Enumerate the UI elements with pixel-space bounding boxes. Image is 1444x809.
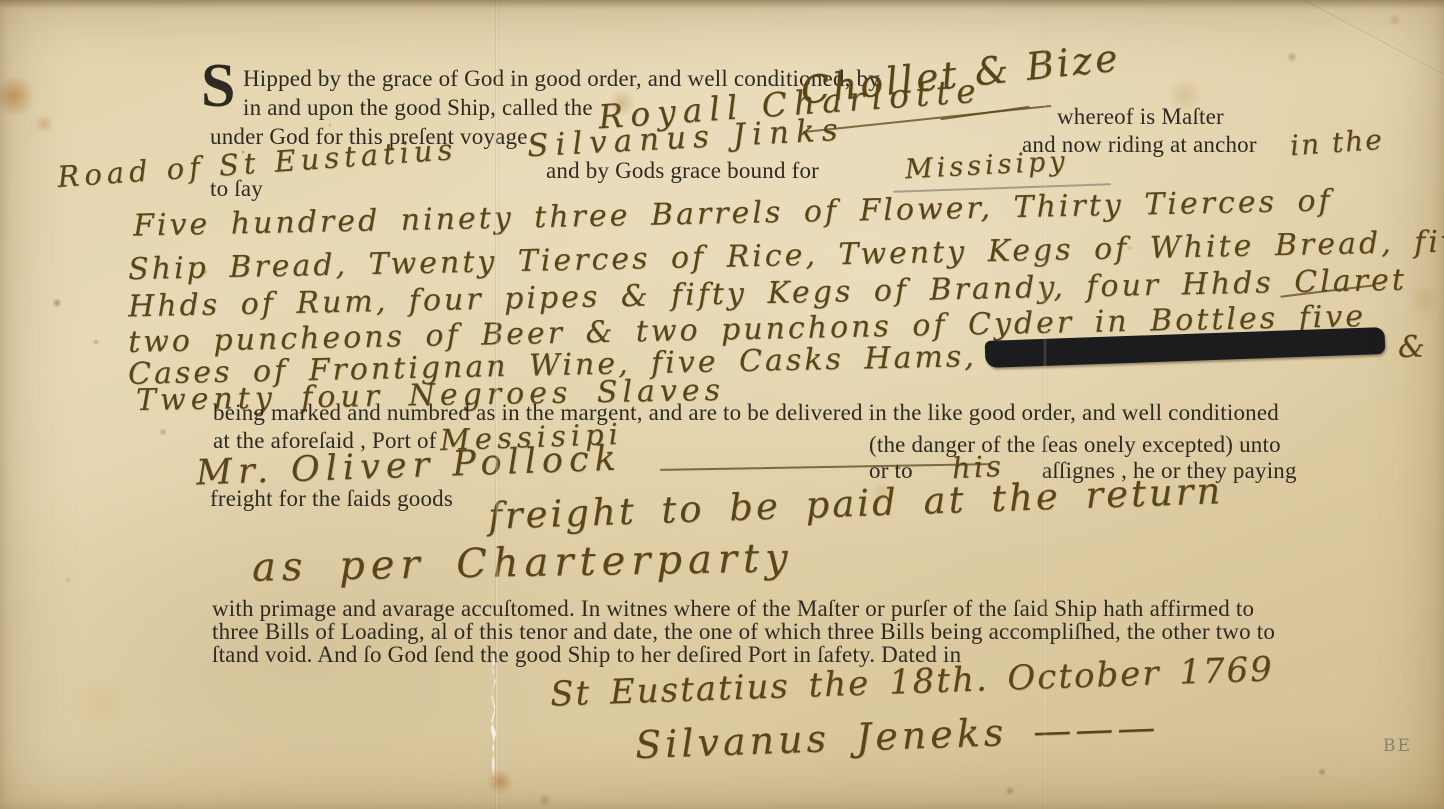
printed-bound-for: and by Gods grace bound for — [546, 158, 819, 184]
printed-danger-of-seas: (the danger of the ſeas onely excepted) … — [869, 432, 1281, 458]
ink-flourish-consignee — [660, 463, 990, 471]
handwritten-in-the: in the — [1289, 123, 1385, 162]
cargo-line-5-ampersand: & — [1398, 330, 1425, 365]
printed-marked-numbred: being marked and numbred as in the marge… — [213, 400, 1279, 426]
printed-freight-for-goods: freight for the ſaids goods — [210, 486, 453, 512]
handwritten-freight-terms-1: freight to be paid at the return — [487, 469, 1223, 538]
printed-line-2: in and upon the good Ship, called the — [243, 95, 593, 121]
document-scan: S Hipped by the grace of God in good ord… — [0, 0, 1444, 809]
pencil-mark: BE — [1383, 736, 1412, 756]
paper-tear — [489, 653, 498, 783]
handwritten-signature: Silvanus Jeneks ——— — [634, 705, 1159, 767]
handwritten-freight-terms-2: as per Charterparty — [252, 535, 794, 590]
printed-whereof-is-master: whereof is Maſter — [1057, 104, 1224, 130]
handwritten-destination: Missisipy — [904, 146, 1069, 186]
drop-cap: S — [201, 55, 235, 117]
